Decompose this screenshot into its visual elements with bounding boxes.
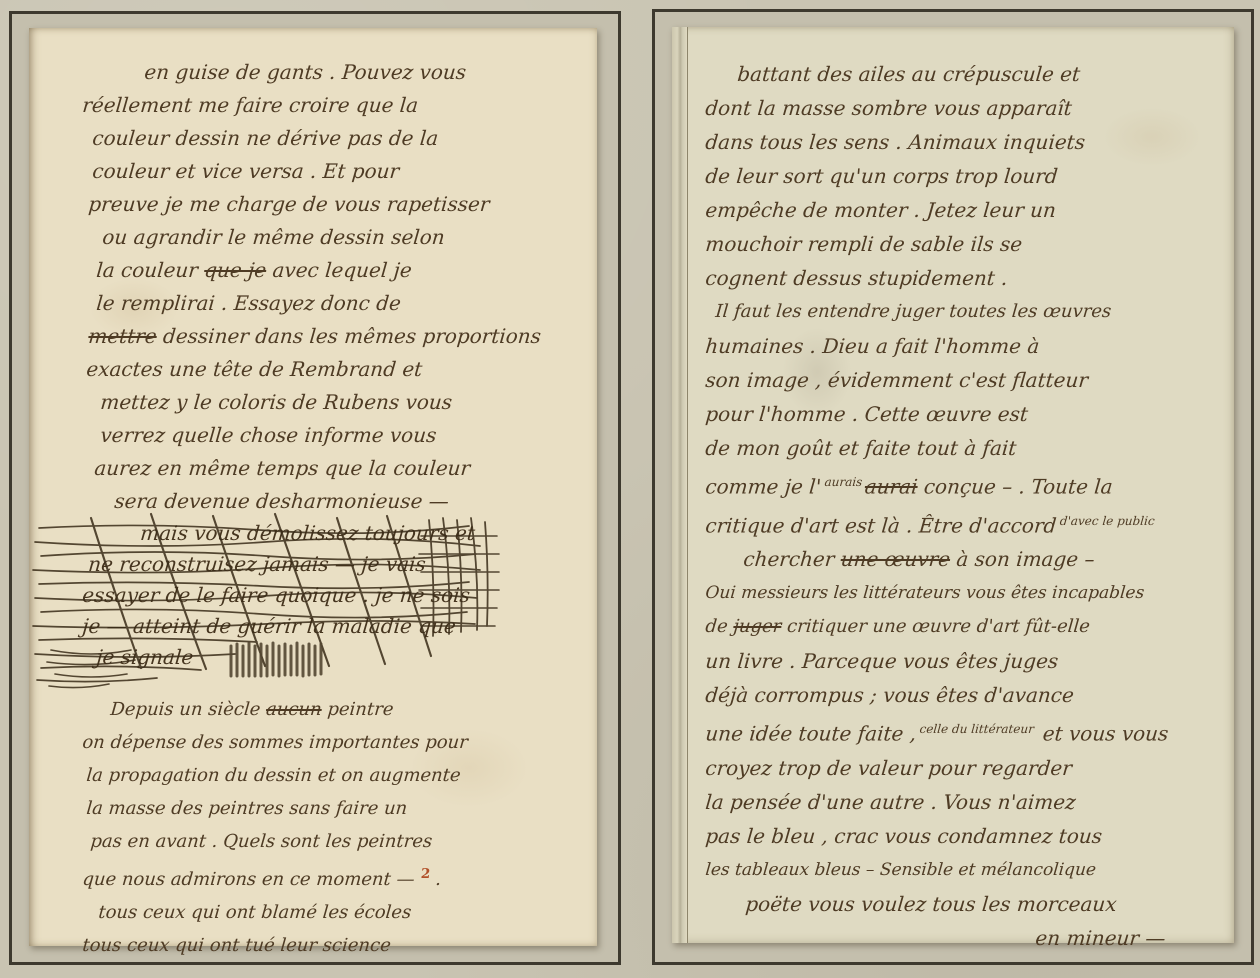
struck-text: juger	[733, 616, 783, 637]
manuscript-line: empêche de monter . Jetez leur un	[704, 193, 1227, 227]
handwritten-text: Il faut les entendre juger toutes les œu…	[715, 301, 1113, 322]
handwritten-text: à son image –	[949, 547, 1096, 571]
handwritten-text: preuve je me charge de vous rapetisser	[87, 192, 490, 216]
handwritten-text: que nous admirons en ce moment —	[82, 869, 422, 890]
handwritten-text: la pensée d'une autre . Vous n'aimez	[704, 790, 1076, 814]
manuscript-double-page: en guise de gants . Pouvez vousréellemen…	[0, 0, 1260, 978]
manuscript-line: pour l'homme . Cette œuvre est	[704, 397, 1227, 431]
handwritten-text: pour l'homme . Cette œuvre est	[704, 402, 1029, 426]
right-page-text: battant des ailes au crépuscule etdont l…	[704, 57, 1224, 955]
handwritten-text: mais vous démolissez toujours et	[139, 521, 476, 545]
manuscript-line: couleur dessin ne dérive pas de la	[81, 122, 589, 155]
handwritten-text: couleur et vice versa . Et pour	[91, 159, 400, 183]
manuscript-line: déjà corrompus ; vous êtes d'avance	[704, 678, 1227, 712]
manuscript-line: mouchoir rempli de sable ils se	[704, 227, 1227, 261]
handwritten-text: de	[705, 616, 735, 637]
manuscript-line: mettre dessiner dans les mêmes proportio…	[81, 320, 589, 353]
manuscript-line: la masse des peintres sans faire un	[81, 792, 589, 825]
manuscript-line: dans tous les sens . Animaux inquiets	[704, 125, 1227, 159]
manuscript-line: Il faut les entendre juger toutes les œu…	[704, 295, 1227, 329]
handwritten-text: la propagation du dessin et on augmente	[86, 765, 462, 786]
handwritten-text: ou agrandir le même dessin selon	[101, 225, 445, 249]
handwritten-text: battant des ailes au crépuscule et	[736, 62, 1081, 86]
manuscript-line: ou agrandir le même dessin selon	[81, 221, 589, 254]
interlinear-insert: celle du littérateur	[919, 722, 1035, 736]
interlinear-insert: d'avec le public	[1059, 514, 1155, 528]
handwritten-text: pas en avant . Quels sont les peintres	[90, 831, 434, 852]
struck-text: une œuvre	[840, 547, 951, 571]
manuscript-line: critique d'art est là . Être d'accordd'a…	[704, 504, 1227, 543]
manuscript-line: la couleur que je avec lequel je	[81, 254, 589, 287]
handwritten-text: Depuis un siècle	[110, 699, 268, 720]
manuscript-line: Oui messieurs les littérateurs vous êtes…	[704, 576, 1227, 610]
manuscript-line: poëte vous voulez tous les morceaux	[704, 887, 1227, 921]
handwritten-text: critique d'art est là . Être d'accord	[704, 513, 1057, 537]
handwritten-text: exactes une tête de Rembrand et	[85, 357, 423, 381]
handwritten-text: tous ceux qui ont tué leur science	[82, 935, 392, 956]
handwritten-text: son image , évidemment c'est flatteur	[704, 368, 1089, 392]
manuscript-line: ne reconstruisez jamais — je vais	[81, 549, 589, 580]
manuscript-line: la propagation du dessin et on augmente	[81, 759, 589, 792]
handwritten-text: cognent dessus stupidement .	[704, 266, 1008, 290]
handwritten-text: on dépense des sommes importantes pour	[82, 732, 469, 753]
handwritten-text: dans tous les sens . Animaux inquiets	[704, 130, 1086, 154]
handwritten-text: je signale	[95, 645, 194, 669]
manuscript-line: pas en avant . Quels sont les peintres	[81, 825, 589, 858]
handwritten-text: Oui messieurs les littérateurs vous êtes…	[705, 583, 1146, 603]
manuscript-line: réellement me faire croire que la	[81, 89, 589, 122]
binding-page-edge	[672, 27, 688, 943]
manuscript-line: preuve je me charge de vous rapetisser	[81, 188, 589, 221]
manuscript-line: de mon goût et faite tout à fait	[704, 431, 1227, 465]
manuscript-line: exactes une tête de Rembrand et	[81, 353, 589, 386]
manuscript-line: le remplirai . Essayez donc de	[81, 287, 589, 320]
manuscript-line: son image , évidemment c'est flatteur	[704, 363, 1227, 397]
manuscript-line: tous ceux qui ont tué leur science	[81, 929, 589, 962]
handwritten-text: empêche de monter . Jetez leur un	[704, 198, 1057, 222]
handwritten-text: une idée toute faite ,	[704, 722, 917, 746]
handwritten-text: de mon goût et faite tout à fait	[704, 436, 1017, 460]
struck-text: mettre	[87, 324, 157, 348]
handwritten-text: de leur sort qu'un corps trop lourd	[704, 164, 1058, 188]
manuscript-line: croyez trop de valeur pour regarder	[704, 751, 1227, 785]
handwritten-text: critiquer une œuvre d'art fût-elle	[780, 616, 1090, 637]
handwritten-text: essayer de le faire quoique . je ne sois	[81, 583, 471, 607]
manuscript-line: on dépense des sommes importantes pour	[81, 726, 589, 759]
manuscript-line: battant des ailes au crépuscule et	[704, 57, 1227, 91]
manuscript-line: je signale	[81, 642, 589, 673]
manuscript-line: mais vous démolissez toujours et	[81, 518, 589, 549]
manuscript-line: tous ceux qui ont blamé les écoles	[81, 896, 589, 929]
handwritten-text: sera devenue desharmonieuse —	[113, 489, 450, 513]
right-plate-frame: battant des ailes au crépuscule etdont l…	[652, 9, 1254, 965]
left-plate-frame: en guise de gants . Pouvez vousréellemen…	[9, 11, 621, 965]
handwritten-text: en guise de gants . Pouvez vous	[143, 60, 467, 84]
handwritten-text: dont la masse sombre vous apparaît	[704, 96, 1073, 120]
manuscript-line: cognent dessus stupidement .	[704, 261, 1227, 295]
handwritten-text: couleur dessin ne dérive pas de la	[91, 126, 439, 150]
manuscript-line: en guise de gants . Pouvez vous	[81, 56, 589, 89]
manuscript-line: sera devenue desharmonieuse —	[81, 485, 589, 518]
handwritten-text: croyez trop de valeur pour regarder	[704, 756, 1073, 780]
handwritten-text: tous ceux qui ont blamé les écoles	[98, 902, 413, 923]
handwritten-text: un livre . Parceque vous êtes juges	[704, 649, 1059, 673]
handwritten-text: le remplirai . Essayez donc de	[95, 291, 402, 315]
interlinear-insert: aurais	[824, 475, 863, 489]
struck-text: aucun	[265, 699, 322, 720]
manuscript-line: de leur sort qu'un corps trop lourd	[704, 159, 1227, 193]
manuscript-line: une idée toute faite ,celle du littérate…	[704, 712, 1227, 751]
manuscript-line: en mineur —	[704, 921, 1227, 955]
manuscript-line: que nous admirons en ce moment — 2 .	[81, 858, 589, 896]
handwritten-text: peintre	[321, 699, 395, 720]
manuscript-line: couleur et vice versa . Et pour	[81, 155, 589, 188]
handwritten-text: mettez y le coloris de Rubens vous	[99, 390, 453, 414]
manuscript-line: pas le bleu , crac vous condamnez tous	[704, 819, 1227, 853]
right-page: battant des ailes au crépuscule etdont l…	[672, 27, 1234, 943]
manuscript-line: mettez y le coloris de Rubens vous	[81, 386, 589, 419]
handwritten-text: .	[429, 869, 442, 890]
handwritten-text: aurez en même temps que la couleur	[93, 456, 471, 480]
manuscript-line: essayer de le faire quoique . je ne sois	[81, 580, 589, 611]
left-page-text: en guise de gants . Pouvez vousréellemen…	[81, 56, 586, 962]
handwritten-text: la couleur	[95, 258, 205, 282]
handwritten-text: chercher	[742, 547, 841, 571]
manuscript-line: dont la masse sombre vous apparaît	[704, 91, 1227, 125]
handwritten-text: les tableaux bleus – Sensible et mélanco…	[705, 860, 1097, 880]
manuscript-line: un livre . Parceque vous êtes juges	[704, 644, 1227, 678]
manuscript-line: aurez en même temps que la couleur	[81, 452, 589, 485]
handwritten-text: verrez quelle chose informe vous	[99, 423, 437, 447]
handwritten-text: je — atteint de guérir la maladie que	[81, 614, 457, 638]
manuscript-line: Depuis un siècle aucun peintre	[81, 693, 589, 726]
manuscript-line: comme je l'auraisaurai conçue – . Toute …	[704, 465, 1227, 504]
manuscript-line: la pensée d'une autre . Vous n'aimez	[704, 785, 1227, 819]
handwritten-text: conçue – . Toute la	[917, 475, 1114, 499]
handwritten-text: et vous vous	[1035, 722, 1169, 746]
struck-text: aurai	[864, 475, 919, 499]
manuscript-line: je — atteint de guérir la maladie que	[81, 611, 589, 642]
handwritten-text: mouchoir rempli de sable ils se	[704, 232, 1023, 256]
manuscript-line: verrez quelle chose informe vous	[81, 419, 589, 452]
handwritten-text: en mineur —	[1034, 926, 1166, 950]
manuscript-line: de juger critiquer une œuvre d'art fût-e…	[704, 610, 1227, 644]
handwritten-text: réellement me faire croire que la	[81, 93, 419, 117]
handwritten-text: la masse des peintres sans faire un	[86, 798, 409, 819]
handwritten-text: dessiner dans les mêmes proportions	[156, 324, 542, 348]
struck-text: que je	[203, 258, 267, 282]
handwritten-text: ne reconstruisez jamais — je vais	[87, 552, 427, 576]
handwritten-text: humaines . Dieu a fait l'homme à	[704, 334, 1040, 358]
handwritten-text: comme je l'	[704, 475, 822, 499]
handwritten-text: poëte vous voulez tous les morceaux	[744, 892, 1117, 916]
manuscript-line: humaines . Dieu a fait l'homme à	[704, 329, 1227, 363]
manuscript-line: les tableaux bleus – Sensible et mélanco…	[704, 853, 1227, 887]
handwritten-text: avec lequel je	[265, 258, 413, 282]
manuscript-line: chercher une œuvre à son image –	[704, 542, 1227, 576]
handwritten-text: déjà corrompus ; vous êtes d'avance	[704, 683, 1075, 707]
handwritten-text: pas le bleu , crac vous condamnez tous	[704, 824, 1103, 848]
left-page: en guise de gants . Pouvez vousréellemen…	[29, 28, 597, 946]
